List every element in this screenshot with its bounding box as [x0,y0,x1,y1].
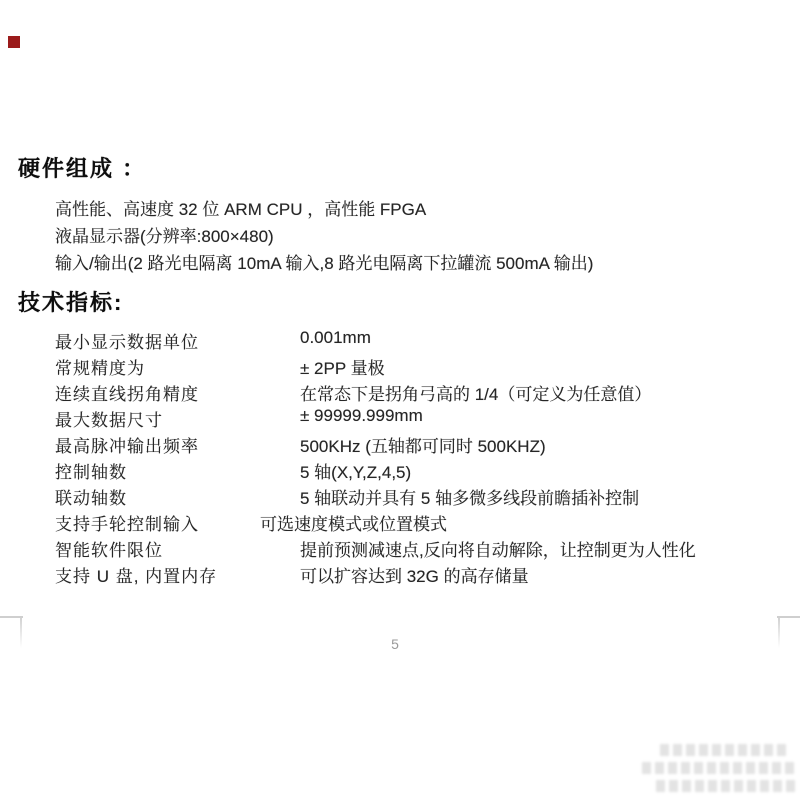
spec-value: 5 轴联动并具有 5 轴多微多线段前瞻插补控制 [300,484,639,509]
spec-label: 最高脉冲输出频率 [55,432,199,457]
spec-value: 5 轴(X,Y,Z,4,5) [300,458,411,483]
page-corner-mark-right [777,616,800,618]
document-page: 硬件组成 ： 高性能、高速度 32 位 ARM CPU ，高性能 FPGA 液晶… [0,0,800,800]
spec-label: 连续直线拐角精度 [55,380,199,405]
page-corner-mark-right [778,616,780,648]
hardware-line: 高性能、高速度 32 位 ARM CPU ，高性能 FPGA [55,196,593,223]
spec-value: 提前预测减速点,反向将自动解除，让控制更为人性化 [300,536,696,561]
hardware-line: 液晶显示器(分辨率:800×480) [55,223,593,250]
watermark-line [642,762,795,774]
spec-value: ± 2PP 量极 [300,354,385,379]
spec-row: 最小显示数据单位 0.001mm [55,328,775,354]
spec-label: 支持手轮控制输入 [55,510,199,535]
spec-table: 最小显示数据单位 0.001mm 常规精度为 ± 2PP 量极 连续直线拐角精度… [55,328,775,588]
spec-row: 最大数据尺寸 ± 99999.999mm [55,406,775,432]
section-heading-hardware: 硬件组成 ： [18,152,146,183]
spec-value: ± 99999.999mm [300,406,423,426]
watermark-line [656,780,796,792]
spec-value: 0.001mm [300,328,371,348]
spec-row: 支持手轮控制输入 可选速度模式或位置模式 [55,510,775,536]
spec-row: 智能软件限位 提前预测减速点,反向将自动解除，让控制更为人性化 [55,536,775,562]
spec-row: 控制轴数 5 轴(X,Y,Z,4,5) [55,458,775,484]
spec-row: 联动轴数 5 轴联动并具有 5 轴多微多线段前瞻插补控制 [55,484,775,510]
watermark-line [660,744,790,756]
spec-label: 最大数据尺寸 [55,406,163,431]
spec-row: 支持 U 盘, 内置内存 可以扩容达到 32G 的高存储量 [55,562,775,588]
spec-label: 联动轴数 [55,484,127,509]
spec-label: 最小显示数据单位 [55,328,199,353]
page-corner-mark-left [20,616,22,648]
page-number: 5 [385,636,405,652]
spec-label: 支持 U 盘, 内置内存 [55,562,217,587]
hardware-line: 输入/输出(2 路光电隔离 10mA 输入,8 路光电隔离下拉罐流 500mA … [55,250,593,277]
spec-value: 可以扩容达到 32G 的高存储量 [300,562,529,587]
spec-row: 常规精度为 ± 2PP 量极 [55,354,775,380]
spec-label: 智能软件限位 [55,536,163,561]
red-square-marker [8,36,20,48]
spec-label: 控制轴数 [55,458,127,483]
spec-row: 连续直线拐角精度 在常态下是拐角弓高的 1/4（可定义为任意值） [55,380,775,406]
spec-value: 500KHz (五轴都可同时 500KHZ) [300,432,546,457]
hardware-lines: 高性能、高速度 32 位 ARM CPU ，高性能 FPGA 液晶显示器(分辨率… [55,196,593,277]
spec-label: 常规精度为 [55,354,145,379]
spec-value: 可选速度模式或位置模式 [260,510,447,535]
section-heading-specs: 技术指标: [18,286,123,317]
spec-value: 在常态下是拐角弓高的 1/4（可定义为任意值） [300,380,651,405]
spec-row: 最高脉冲输出频率 500KHz (五轴都可同时 500KHZ) [55,432,775,458]
